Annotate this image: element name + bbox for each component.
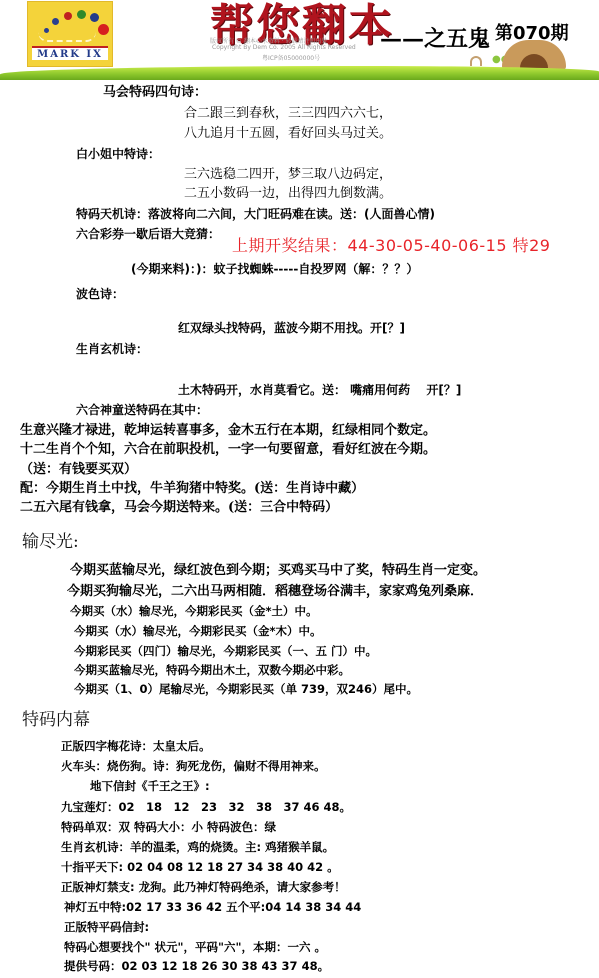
xiehouyu-label: 六合彩券一歇后语大竞猜： [76,227,220,241]
mahui-poem-line: 八九追月十五圆，看好回头马过关。 [184,126,392,142]
tianji-poem: 特码天机诗：落波将向二六间，大门旺码难在读。送：(人面兽心情) [76,207,435,221]
baixiaojie-poem-label: 白小姐中特诗： [76,147,160,161]
page-subtitle: ——之五鬼 [380,26,490,52]
temaneimu-line: 正版四字梅花诗：太皇太后。 [61,740,211,754]
shentong-line: 生意兴隆才禄进，乾坤运转喜事多，金木五行在本期，红绿相同个数定。 [20,423,436,439]
copyright-line-2: Copyright By Dem Co. 2005 All Rights Res… [212,44,356,51]
header-banner: MARK IX 帮您翻本 版权所有 © 翻本心水资料 · 转载请注明出处 Cop… [0,0,599,80]
temaneimu-line: 正版神灯禁支: 龙狗。此乃神灯特码绝杀，请大家参考！ [61,881,346,895]
logo-dot-icon [90,13,99,22]
shujinguang-line: 今期买（1、0）尾输尽光，今期彩民买（单 739，双246）尾中。 [74,683,418,697]
logo-dot-icon [98,24,109,35]
shujinguang-line: 今期买蓝输尽光，特码今期出木土，双数今期必中彩。 [74,664,350,678]
section-title-shujinguang: 输尽光: [22,532,79,552]
section-title-temaneimu: 特码内幕 [22,710,90,730]
shengxiao-poem-label: 生肖玄机诗： [76,342,148,356]
green-banner-band [0,66,599,80]
mini-house-icon [470,56,482,66]
logo-dot-icon [64,12,72,20]
jinqi-riddle: (今期来料)：)：蚊子找蜘蛛-----自投罗网（解：？？） [131,262,418,276]
temaneimu-line: 地下信封《千王之王》: [90,780,210,794]
logo-arc [38,32,96,42]
shujinguang-line: 今期买蓝输尽光，绿红波色到今期；买鸡买马中了奖，特码生肖一定变。 [70,563,486,579]
last-draw-result: 上期开奖结果：44-30-05-40-06-15 特29 [232,236,550,255]
icp-number: 粤ICP备05000000号 [262,53,320,62]
temaneimu-line: 十指平天下: 02 04 08 12 18 27 34 38 40 42 。 [61,861,339,875]
shujinguang-line: 今期买（水）输尽光，今期彩民买（金*土）中。 [70,605,318,619]
shentong-line: 配：今期生肖土中找，牛羊狗猪中特奖。(送：生肖诗中藏） [20,481,364,497]
logo-text: MARK IX [32,46,108,60]
temaneimu-line: 特码心想要找个" 状元"，平码"六"，本期：一六 。 [64,941,326,955]
shentong-line: （送：有钱要买双） [20,462,137,478]
logo-dot-icon [52,18,59,25]
bose-poem-label: 波色诗： [76,287,124,301]
shentong-line: 十二生肖个个知，六合在前职投机，一字一句要留意，看好红波在今期。 [20,442,436,458]
shentong-label: 六合神童送特码在其中： [76,403,208,417]
temaneimu-line: 正版特平码信封: [64,921,149,935]
temaneimu-line: 神灯五中特:02 17 33 36 42 五个平:04 14 38 34 44 [64,901,361,915]
shujinguang-line: 今期买狗输尽光，二六出马两相随．稻穗登场谷满丰，家家鸡兔列桑麻． [67,584,483,600]
temaneimu-line: 九宝莲灯：02 18 12 23 32 38 37 46 48。 [61,801,351,815]
temaneimu-line: 生肖玄机诗：羊的温柔，鸡的烧烫。主: 鸡猪猴羊鼠。 [61,841,334,855]
mahui-poem-line: 合二跟三到春秋，三三四四六六七， [184,106,392,122]
shengxiao-poem-line: 土木特码开，水肖莫看它。送： 嘴痛用何药 开[？] [178,383,461,397]
mahui-poem-label: 马会特码四句诗： [103,85,207,101]
shentong-line: 二五六尾有钱拿，马会今期送特来。(送：三合中特码） [20,500,338,516]
temaneimu-line: 提供号码：02 03 12 18 26 30 38 43 37 48。 [64,960,329,974]
shujinguang-line: 今期买（水）输尽光，今期彩民买（金*木）中。 [74,625,322,639]
logo-dot-icon [77,10,86,19]
baixiaojie-poem-line: 二五小数码一边，出得四九倒数满。 [184,186,392,202]
temaneimu-line: 特码单双：双 特码大小：小 特码波色：绿 [61,821,276,835]
markix-logo: MARK IX [27,1,113,67]
temaneimu-line: 火车头：烧伤狗。诗：狗死龙伤，偏财不得用神来。 [61,760,326,774]
baixiaojie-poem-line: 三六选稳二四开，梦三取八边码定， [184,167,392,183]
bose-poem-line: 红双绿头找特码，蓝波今期不用找。开[？] [178,321,405,335]
shujinguang-line: 今期彩民买（四门）输尽光，今期彩民买（一、五 门）中。 [74,645,377,659]
